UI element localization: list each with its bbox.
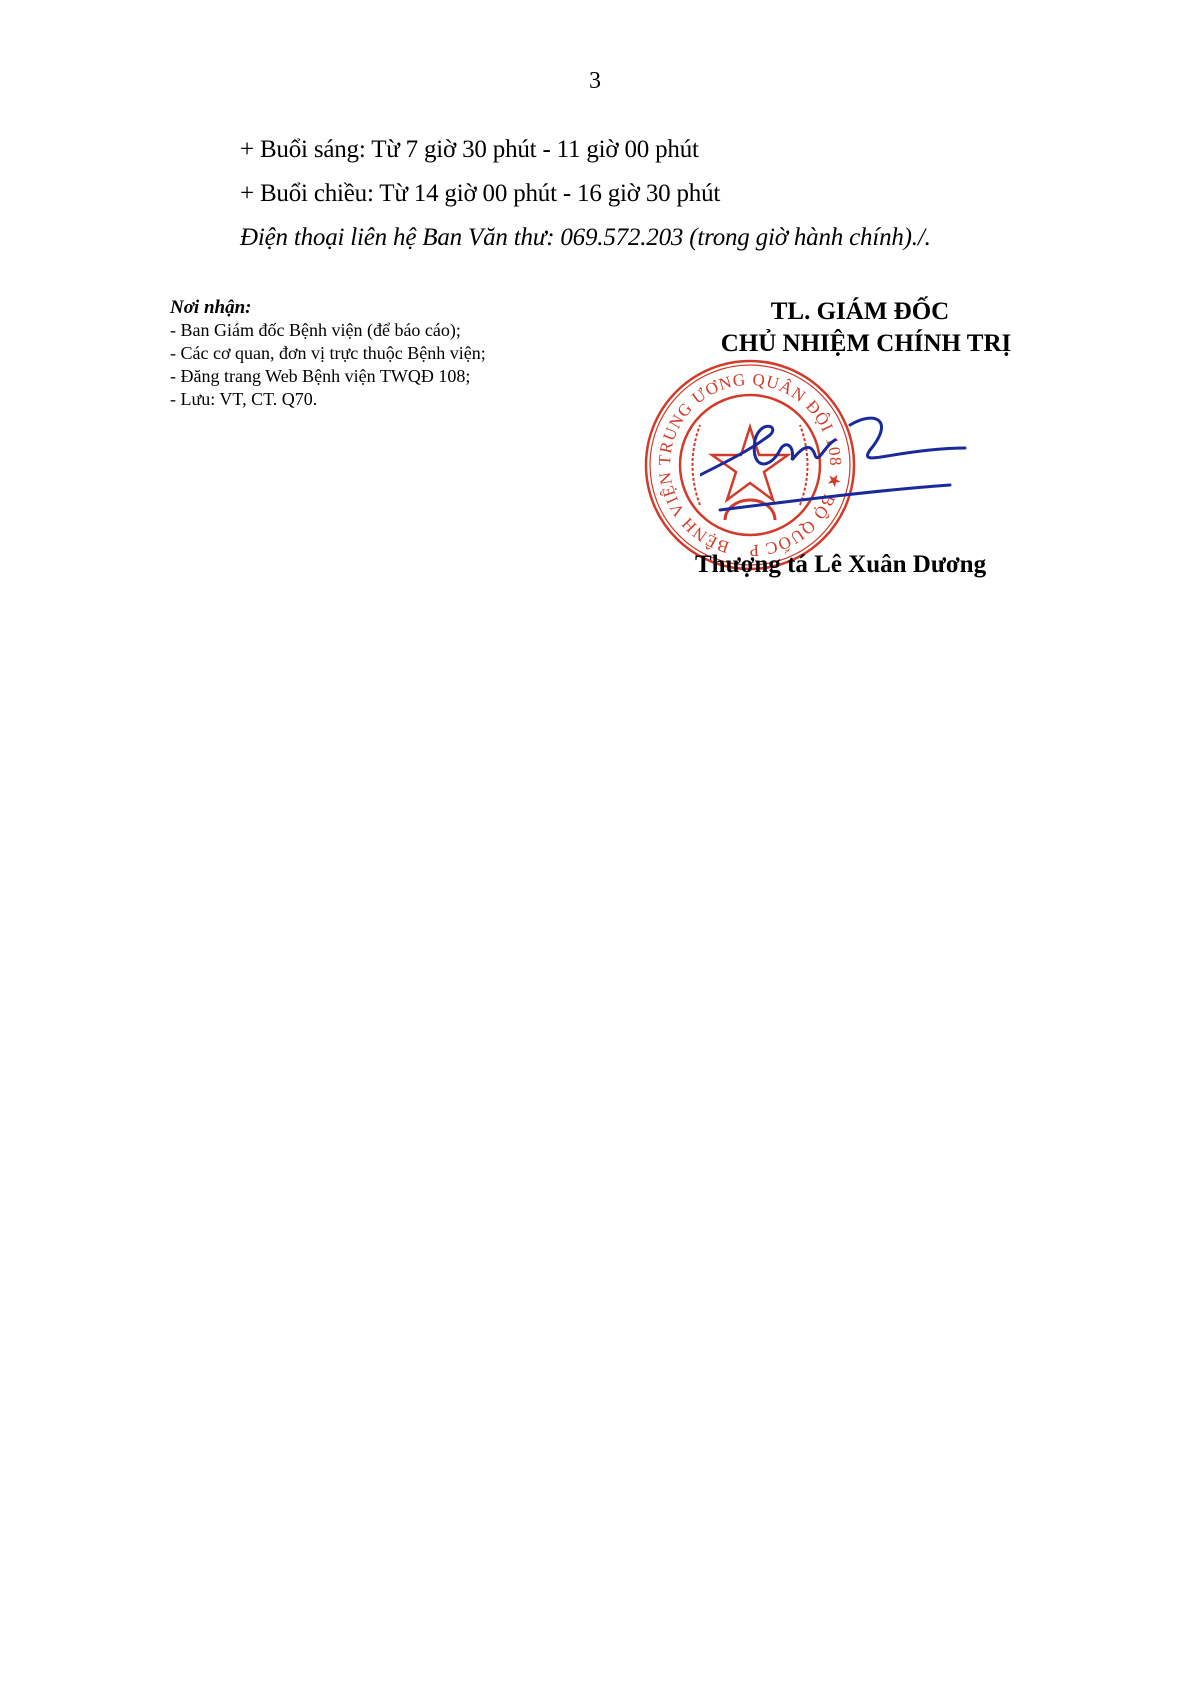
recipient-item: - Ban Giám đốc Bệnh viện (để báo cáo);	[170, 319, 486, 342]
recipient-item: - Lưu: VT, CT. Q70.	[170, 388, 486, 411]
afternoon-hours-line: + Buổi chiều: Từ 14 giờ 00 phút - 16 giờ…	[240, 180, 720, 208]
recipient-item: - Các cơ quan, đơn vị trực thuộc Bệnh vi…	[170, 342, 486, 365]
page-number: 3	[0, 68, 1190, 95]
signer-name: Thượng tá Lê Xuân Dương	[695, 551, 986, 579]
recipient-item: - Đăng trang Web Bệnh viện TWQĐ 108;	[170, 365, 486, 388]
handwritten-signature-icon	[700, 410, 970, 520]
contact-line: Điện thoại liên hệ Ban Văn thư: 069.572.…	[240, 224, 931, 252]
morning-hours-line: + Buổi sáng: Từ 7 giờ 30 phút - 11 giờ 0…	[240, 136, 699, 164]
signature-title-block: TL. GIÁM ĐỐC CHỦ NHIỆM CHÍNH TRỊ	[680, 296, 1040, 360]
recipients-heading: Nơi nhận:	[170, 296, 486, 319]
recipients-block: Nơi nhận: - Ban Giám đốc Bệnh viện (để b…	[170, 296, 486, 411]
signer-title-line1: TL. GIÁM ĐỐC	[680, 296, 1040, 328]
